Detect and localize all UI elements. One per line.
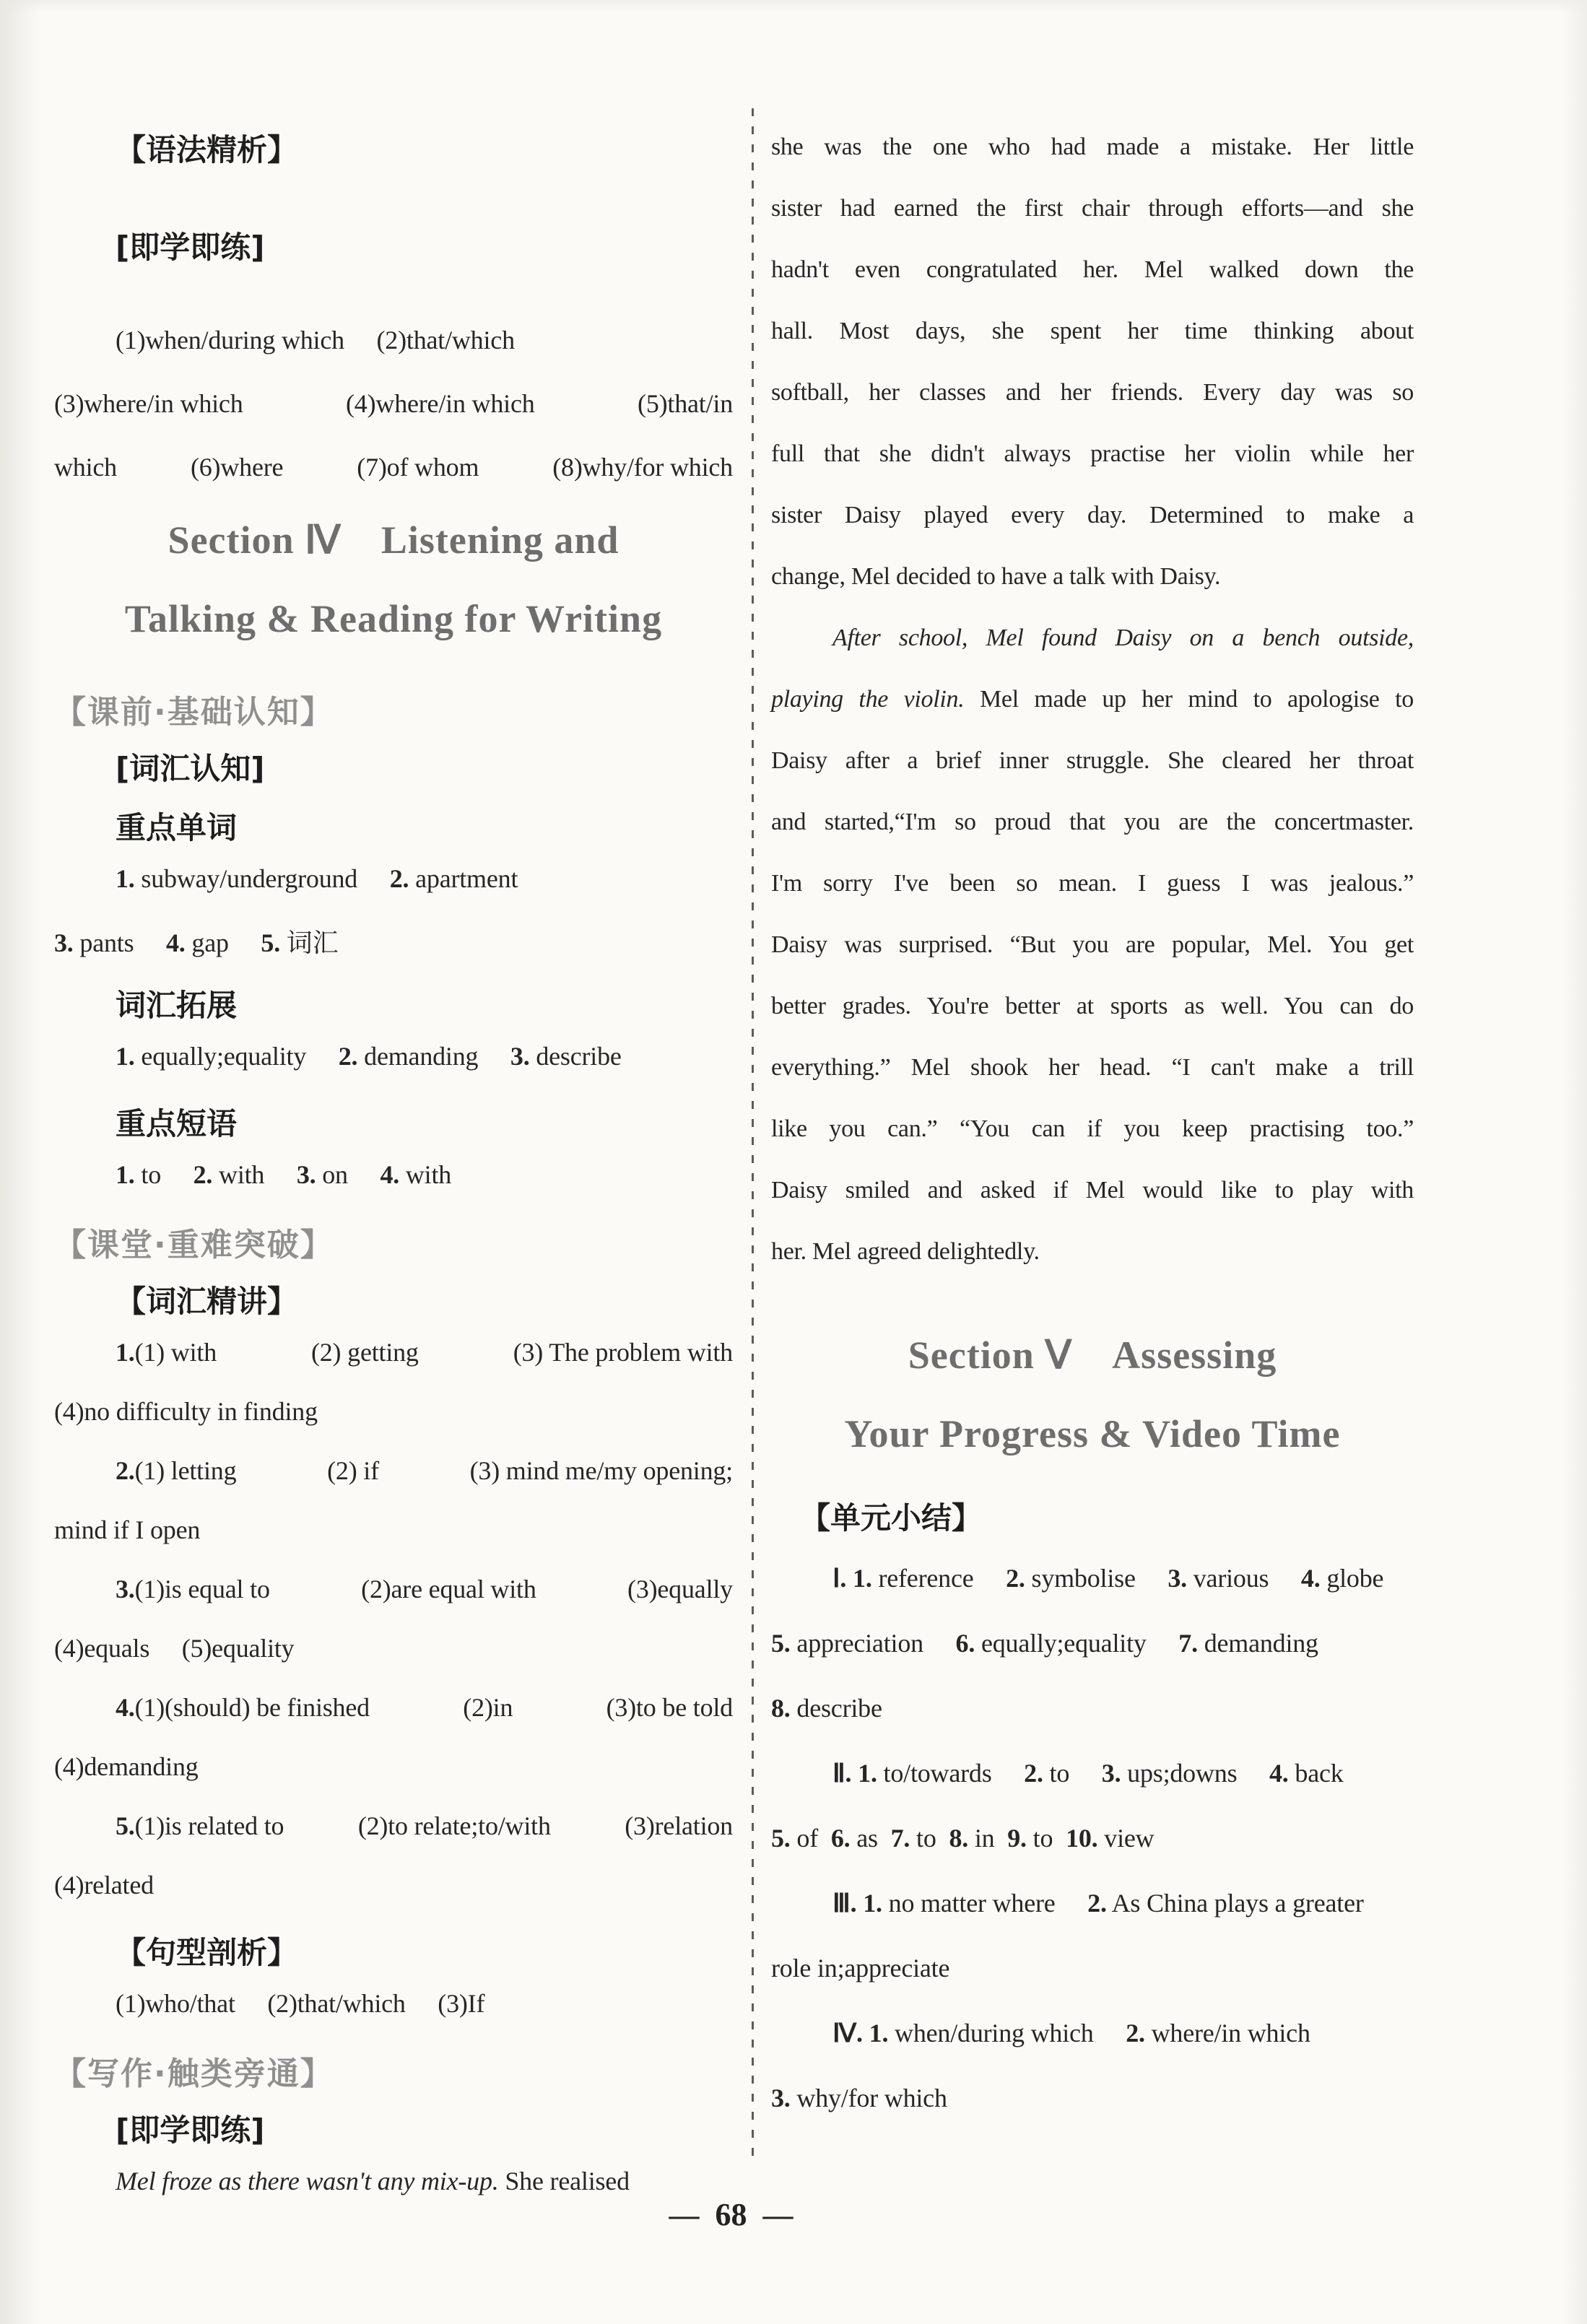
text-segment: equally;equality xyxy=(135,1042,339,1071)
paragraph-line: Daisy smiled and asked if Mel would like… xyxy=(771,1177,1414,1238)
text-segment: 3. xyxy=(771,2084,791,2112)
text-segment: (6)where xyxy=(191,453,283,482)
text-segment: softball, her classes and her friends. E… xyxy=(771,379,1414,406)
text-segment: where/in which xyxy=(1145,2019,1310,2047)
answer-chunk: 1.(1) with xyxy=(116,1337,217,1396)
text-segment: 【课前·基础认知】 xyxy=(54,694,334,731)
answer-line: 1.(1) with(2) getting(3) The problem wit… xyxy=(54,1337,733,1396)
text-segment: she was the one who had made a mistake. … xyxy=(771,134,1414,160)
text-segment: 7. xyxy=(1178,1629,1198,1658)
paragraph-line: better grades. You're better at sports a… xyxy=(771,993,1414,1054)
answer-line: 2.(1) letting(2) if(3) mind me/my openin… xyxy=(54,1455,733,1515)
text-segment: better grades. You're better at sports a… xyxy=(771,993,1414,1019)
text-segment: 2. xyxy=(1087,1889,1107,1918)
text-segment: (5)that/in xyxy=(638,389,733,418)
text-segment: hadn't even congratulated her. Mel walke… xyxy=(771,256,1414,283)
text-segment: demanding xyxy=(357,1042,510,1071)
answer-line: (4)equals (5)equality xyxy=(54,1633,733,1692)
answer-line: 1. equally;equality 2. demanding 3. desc… xyxy=(54,1041,733,1100)
answer-chunk: (6)where xyxy=(191,452,283,517)
text-segment: demanding xyxy=(1198,1629,1318,1658)
paragraph-line: full that she didn't always practise her… xyxy=(771,440,1414,502)
paragraph-line: hadn't even congratulated her. Mel walke… xyxy=(771,256,1414,318)
text-segment: Your Progress & Video Time xyxy=(844,1412,1340,1455)
text-segment: of xyxy=(791,1824,831,1853)
text-segment: 1. xyxy=(116,1160,135,1189)
text-segment: (1) with xyxy=(135,1338,217,1367)
text-segment: 1. xyxy=(869,2019,889,2047)
column-divider xyxy=(752,108,754,2162)
text-segment: 【单元小结】 xyxy=(800,1500,982,1536)
text-segment: (1)when/during which (2)that/which xyxy=(116,326,515,354)
chinese-heading: 重点单词 xyxy=(54,804,733,863)
answer-line: (3)where/in which(4)where/in which(5)tha… xyxy=(54,388,733,452)
text-segment: (1)is related to xyxy=(135,1811,284,1840)
answer-line: (4)related xyxy=(54,1870,733,1929)
paragraph-line: and started,“I'm so proud that you are t… xyxy=(771,809,1414,870)
text-segment: Mel made up her mind to apologise to xyxy=(964,686,1414,713)
text-segment: Ⅲ. xyxy=(832,1889,856,1918)
text-segment: 2. xyxy=(1006,1564,1025,1593)
answer-line: 5. of 6. as 7. to 8. in 9. to 10. view xyxy=(771,1823,1414,1888)
text-segment: 1. xyxy=(116,1338,135,1367)
text-segment: After school, Mel found Daisy on a bench… xyxy=(832,624,1414,651)
text-segment: and started,“I'm so proud that you are t… xyxy=(771,809,1414,835)
text-segment: 【写作·触类旁通】 xyxy=(54,2055,334,2092)
paragraph-line: hall. Most days, she spent her time thin… xyxy=(771,318,1414,379)
text-segment: 9. xyxy=(1007,1824,1027,1853)
answer-chunk: (3) The problem with xyxy=(513,1337,733,1396)
text-segment: (1)(should) be finished xyxy=(135,1693,370,1722)
text-segment: (2)to relate;to/with xyxy=(358,1811,551,1840)
text-segment: Daisy was surprised. “But you are popula… xyxy=(771,931,1414,958)
paragraph-line: she was the one who had made a mistake. … xyxy=(771,134,1414,195)
answer-line: 5.(1)is related to(2)to relate;to/with(3… xyxy=(54,1811,733,1870)
answer-chunk: (7)of whom xyxy=(357,452,479,517)
text-segment: to/towards xyxy=(877,1759,1024,1788)
text-segment: 1. xyxy=(853,1564,872,1593)
answer-chunk: (2) getting xyxy=(311,1337,419,1396)
answer-line: role in;appreciate xyxy=(771,1953,1414,2018)
section-heading: Section Ⅴ Assessing xyxy=(771,1332,1414,1411)
text-segment xyxy=(851,1759,858,1788)
answer-line: (1)when/during which (2)that/which xyxy=(54,325,733,388)
answer-chunk: 5.(1)is related to xyxy=(116,1811,284,1870)
text-segment: 2. xyxy=(390,864,409,893)
text-segment: (3)equally xyxy=(627,1575,733,1603)
page-number-dash-left: — xyxy=(669,2199,700,2232)
text-segment: 4. xyxy=(1269,1759,1289,1788)
text-segment: 词汇拓展 xyxy=(116,988,237,1023)
text-segment: Talking & Reading for Writing xyxy=(125,597,662,640)
text-segment: pants xyxy=(74,928,166,957)
text-segment: when/during which xyxy=(888,2019,1126,2047)
text-segment: 8. xyxy=(949,1824,968,1853)
text-segment: no matter where xyxy=(882,1889,1087,1918)
answer-line: 5. appreciation 6. equally;equality 7. d… xyxy=(771,1628,1414,1693)
text-segment: (4)no difficulty in finding xyxy=(54,1397,318,1426)
answer-chunk: 2.(1) letting xyxy=(116,1455,236,1515)
text-segment: 重点短语 xyxy=(116,1106,237,1141)
text-segment: describe xyxy=(791,1694,882,1723)
text-segment: 4. xyxy=(1301,1564,1321,1593)
text-segment: 4. xyxy=(116,1693,135,1722)
text-segment: back xyxy=(1289,1759,1344,1788)
text-segment: As China plays a greater xyxy=(1107,1889,1364,1918)
paragraph-line: playing the violin. Mel made up her mind… xyxy=(771,686,1414,747)
text-segment: (7)of whom xyxy=(357,453,479,482)
text-segment: with xyxy=(399,1160,451,1189)
paragraph-line: change, Mel decided to have a talk with … xyxy=(771,563,1414,624)
text-segment: reference xyxy=(872,1564,1006,1593)
text-segment: (1)is equal to xyxy=(135,1575,270,1603)
text-segment: She realised xyxy=(499,2167,630,2195)
text-segment: 2. xyxy=(339,1042,358,1071)
answer-chunk: (4)where/in which xyxy=(346,388,535,452)
text-segment: (3)relation xyxy=(625,1811,733,1840)
chinese-stage-heading: 【课堂·重难突破】 xyxy=(54,1219,733,1278)
text-segment: 【课堂·重难突破】 xyxy=(54,1227,334,1263)
text-segment: 5. xyxy=(261,928,280,957)
text-segment: 4. xyxy=(380,1160,399,1189)
text-segment xyxy=(856,1889,863,1918)
answer-line: 4.(1)(should) be finished(2)in(3)to be t… xyxy=(54,1692,733,1751)
text-segment: (2) getting xyxy=(311,1338,419,1367)
answer-line: 1. subway/underground 2. apartment xyxy=(54,863,733,923)
answer-chunk: (3)relation xyxy=(625,1811,733,1870)
text-segment: 3. xyxy=(1102,1759,1121,1788)
text-segment: hall. Most days, she spent her time thin… xyxy=(771,318,1414,344)
section-heading: Section Ⅳ Listening and xyxy=(54,517,733,596)
text-segment: with xyxy=(212,1160,297,1189)
text-segment: 3. xyxy=(1168,1564,1187,1593)
paragraph-line: Daisy after a brief inner struggle. She … xyxy=(771,747,1414,809)
text-segment: Ⅳ. xyxy=(832,2019,863,2047)
chinese-heading: 【单元小结】 xyxy=(771,1494,1414,1563)
text-segment: (3) mind me/my opening; xyxy=(470,1456,733,1485)
text-segment: subway/underground xyxy=(135,864,390,893)
text-segment: symbolise xyxy=(1025,1564,1168,1593)
text-segment: (1)who/that (2)that/which (3)If xyxy=(116,1989,484,2018)
text-segment: 6. xyxy=(956,1629,975,1658)
text-segment: (2)are equal with xyxy=(361,1575,536,1603)
answer-line: (4)no difficulty in finding xyxy=(54,1396,733,1455)
text-segment: sister Daisy played every day. Determine… xyxy=(771,502,1414,528)
text-segment: 重点单词 xyxy=(116,810,237,845)
text-segment: sister had earned the first chair throug… xyxy=(771,195,1414,222)
chinese-heading: 【句型剖析】 xyxy=(54,1929,733,1988)
text-segment: 2. xyxy=(1126,2019,1145,2047)
section-heading: Your Progress & Video Time xyxy=(771,1411,1414,1494)
text-segment: I'm sorry I've been so mean. I guess I w… xyxy=(771,870,1414,897)
text-segment xyxy=(846,1564,853,1593)
paragraph-line: like you can.” “You can if you keep prac… xyxy=(771,1115,1414,1177)
text-segment: like you can.” “You can if you keep prac… xyxy=(771,1115,1414,1142)
text-segment: 1. xyxy=(858,1759,877,1788)
text-segment xyxy=(863,2019,869,2047)
answer-chunk: 4.(1)(should) be finished xyxy=(116,1692,370,1751)
answer-line: (1)who/that (2)that/which (3)If xyxy=(54,1988,733,2047)
chinese-heading: 【词汇精讲】 xyxy=(54,1278,733,1337)
text-segment: view xyxy=(1097,1824,1154,1853)
text-segment: 1. xyxy=(116,1042,135,1071)
text-segment: (4)equals (5)equality xyxy=(54,1634,295,1663)
text-segment: to xyxy=(1043,1759,1102,1788)
text-segment: 【词汇精讲】 xyxy=(116,1284,297,1319)
scanned-workbook-page: 【语法精析】[即学即练](1)when/during which (2)that… xyxy=(0,0,1587,2324)
answer-chunk: (3)to be told xyxy=(606,1692,733,1751)
chinese-stage-heading: 【课前·基础认知】 xyxy=(54,686,733,745)
text-segment: (1) letting xyxy=(135,1456,237,1485)
text-segment: 1. xyxy=(116,864,135,893)
answer-line: Ⅳ. 1. when/during which 2. where/in whic… xyxy=(771,2018,1414,2083)
text-segment: 5. xyxy=(771,1629,791,1658)
text-segment: 7. xyxy=(891,1824,910,1853)
text-segment: 6. xyxy=(831,1824,851,1853)
paragraph-line: I'm sorry I've been so mean. I guess I w… xyxy=(771,870,1414,931)
text-segment: in xyxy=(968,1824,1007,1853)
answer-chunk: (2)are equal with xyxy=(361,1574,536,1633)
text-segment: globe xyxy=(1321,1564,1384,1593)
text-segment: (3)to be told xyxy=(606,1693,733,1722)
answer-line: 1. to 2. with 3. on 4. with xyxy=(54,1159,733,1219)
paragraph-line: everything.” Mel shook her head. “I can'… xyxy=(771,1054,1414,1115)
answer-chunk: (2)in xyxy=(463,1692,513,1751)
chinese-heading: 【语法精析】 xyxy=(54,126,733,224)
chinese-stage-heading: 【写作·触类旁通】 xyxy=(54,2047,733,2107)
answer-line: Ⅱ. 1. to/towards 2. to 3. ups;downs 4. b… xyxy=(771,1758,1414,1823)
chinese-heading: [词汇认知] xyxy=(54,745,733,804)
text-segment: Section Ⅳ Listening and xyxy=(168,518,619,562)
answer-chunk: (2)to relate;to/with xyxy=(358,1811,551,1870)
answer-line: Ⅲ. 1. no matter where 2. As China plays … xyxy=(771,1888,1414,1953)
paragraph-line: sister Daisy played every day. Determine… xyxy=(771,502,1414,563)
page-number-value: 68 xyxy=(716,2197,747,2232)
answer-chunk: (3) mind me/my opening; xyxy=(470,1455,733,1515)
text-segment: role in;appreciate xyxy=(771,1954,949,1983)
text-segment: [词汇认知] xyxy=(116,751,264,786)
text-segment: (2)in xyxy=(463,1693,513,1722)
text-segment: playing the violin. xyxy=(771,686,964,713)
text-segment: 4. xyxy=(166,928,186,957)
text-segment: 3. xyxy=(54,928,74,957)
text-segment: [即学即练] xyxy=(116,2112,264,2148)
text-segment: her. Mel agreed delightedly. xyxy=(771,1238,1040,1265)
text-segment: Daisy after a brief inner struggle. She … xyxy=(771,747,1414,774)
text-segment: on xyxy=(316,1160,380,1189)
text-segment: various xyxy=(1187,1564,1301,1593)
answer-chunk: which xyxy=(54,452,117,517)
text-segment: 2. xyxy=(1024,1759,1043,1788)
text-segment: as xyxy=(850,1824,890,1853)
text-segment: to xyxy=(1027,1824,1066,1853)
answer-chunk: (8)why/for which xyxy=(552,452,733,517)
text-segment: (3) The problem with xyxy=(513,1338,733,1367)
text-segment: why/for which xyxy=(791,2084,947,2112)
answer-line: which(6)where(7)of whom(8)why/for which xyxy=(54,452,733,517)
answer-chunk: 3.(1)is equal to xyxy=(116,1574,270,1633)
text-segment: full that she didn't always practise her… xyxy=(771,440,1414,467)
text-segment: (4)where/in which xyxy=(346,389,535,418)
text-segment: 3. xyxy=(297,1160,316,1189)
text-segment: Section Ⅴ Assessing xyxy=(908,1333,1277,1377)
answer-chunk: (3)equally xyxy=(627,1574,733,1633)
answer-line: 3. why/for which xyxy=(771,2083,1414,2148)
text-segment: to xyxy=(910,1824,949,1853)
text-segment: to xyxy=(135,1160,194,1189)
text-segment: 8. xyxy=(771,1694,791,1723)
page-number: —68— xyxy=(54,2196,1408,2233)
text-segment: (8)why/for which xyxy=(552,453,733,482)
text-segment: appreciation xyxy=(791,1629,956,1658)
text-segment: which xyxy=(54,453,117,482)
text-segment: 5. xyxy=(116,1811,135,1840)
text-segment: gap xyxy=(186,928,261,957)
text-segment: 3. xyxy=(510,1042,530,1071)
answer-line: 3. pants 4. gap 5. 词汇 xyxy=(54,923,733,982)
text-segment: 3. xyxy=(116,1575,135,1603)
paragraph-line: After school, Mel found Daisy on a bench… xyxy=(771,624,1414,686)
chinese-heading: [即学即练] xyxy=(54,224,733,325)
text-segment: apartment xyxy=(409,864,518,893)
section-heading: Talking & Reading for Writing xyxy=(54,596,733,686)
text-segment: (4)related xyxy=(54,1871,154,1899)
text-segment: ups;downs xyxy=(1121,1759,1269,1788)
answer-chunk: (5)that/in xyxy=(638,388,733,452)
paragraph-line: Daisy was surprised. “But you are popula… xyxy=(771,931,1414,993)
text-segment: [即学即练] xyxy=(116,230,264,265)
text-segment: 词汇 xyxy=(280,928,338,957)
text-segment: 10. xyxy=(1066,1824,1097,1853)
text-segment: 1. xyxy=(863,1889,882,1918)
text-segment: 【语法精析】 xyxy=(116,132,297,167)
answer-line: mind if I open xyxy=(54,1515,733,1574)
answer-line: Ⅰ. 1. reference 2. symbolise 3. various … xyxy=(771,1563,1414,1628)
text-segment: describe xyxy=(530,1042,622,1071)
page-number-dash-right: — xyxy=(763,2199,793,2232)
right-column: she was the one who had made a mistake. … xyxy=(771,134,1414,2148)
text-segment: mind if I open xyxy=(54,1515,200,1544)
answer-line: 8. describe xyxy=(771,1693,1414,1758)
text-segment: change, Mel decided to have a talk with … xyxy=(771,563,1220,590)
answer-line: (4)demanding xyxy=(54,1751,733,1811)
text-segment: 【句型剖析】 xyxy=(116,1935,297,1970)
answer-chunk: (3)where/in which xyxy=(54,388,243,452)
text-segment: Ⅱ. xyxy=(832,1759,851,1788)
text-segment: 5. xyxy=(771,1824,791,1853)
text-segment: 2. xyxy=(116,1456,135,1485)
paragraph-line: her. Mel agreed delightedly. xyxy=(771,1238,1414,1332)
paragraph-line: sister had earned the first chair throug… xyxy=(771,195,1414,256)
answer-line: 3.(1)is equal to(2)are equal with(3)equa… xyxy=(54,1574,733,1633)
text-segment: (2) if xyxy=(327,1456,379,1485)
chinese-heading: 词汇拓展 xyxy=(54,982,733,1041)
left-column: 【语法精析】[即学即练](1)when/during which (2)that… xyxy=(54,126,733,2225)
chinese-heading: 重点短语 xyxy=(54,1100,733,1159)
text-segment: Ⅰ. xyxy=(832,1564,846,1593)
paragraph-line: softball, her classes and her friends. E… xyxy=(771,379,1414,440)
text-segment: 2. xyxy=(194,1160,213,1189)
text-segment: equally;equality xyxy=(975,1629,1178,1658)
answer-chunk: (2) if xyxy=(327,1455,379,1515)
text-segment: (3)where/in which xyxy=(54,389,243,418)
text-segment: Mel froze as there wasn't any mix-up. xyxy=(116,2167,499,2195)
text-segment: Daisy smiled and asked if Mel would like… xyxy=(771,1177,1414,1204)
text-segment: everything.” Mel shook her head. “I can'… xyxy=(771,1054,1414,1081)
text-segment: (4)demanding xyxy=(54,1752,199,1781)
chinese-heading: [即学即练] xyxy=(54,2107,733,2166)
